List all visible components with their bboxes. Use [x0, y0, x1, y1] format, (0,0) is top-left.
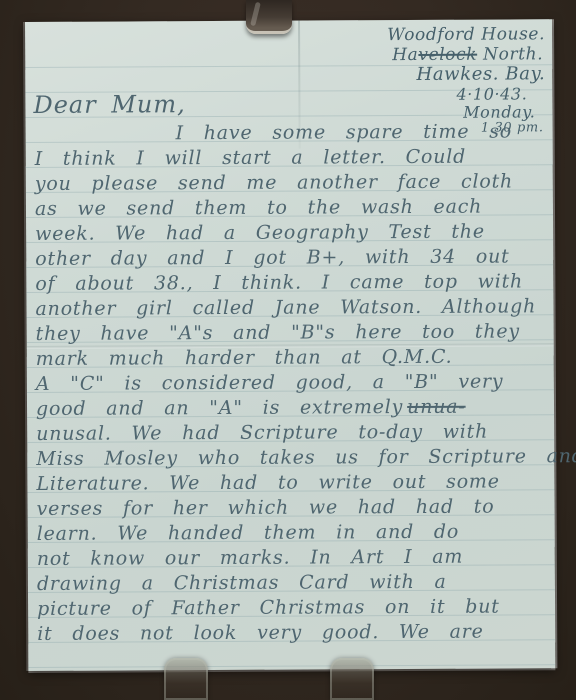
letter-line: of about 38., I think. I came top with — [35, 269, 547, 297]
letter-line: they have "A"s and "B"s here too they — [36, 319, 548, 347]
letter-line: mark much harder than at Q.M.C. — [36, 344, 548, 372]
letter-line: another girl called Jane Watson. Althoug… — [35, 294, 547, 322]
letter-line: verses for her which we had had to — [36, 494, 548, 522]
heading-line-region: Hawkes. Bay. — [285, 64, 545, 85]
mounting-clip-top — [246, 0, 292, 34]
letter-line: week. We had a Geography Test the — [35, 219, 547, 247]
letter-line: A "C" is considered good, a "B" very — [36, 369, 548, 397]
heading-line-house: Woodford House. — [285, 24, 545, 45]
letter-body: I have some spare time so I think I will… — [35, 119, 550, 647]
letter-line: good and an "A" is extremelyunua- — [36, 394, 548, 422]
letter-line: unusal. We had Scripture to-day with — [36, 419, 548, 447]
letter-line: Literature. We had to write out some — [36, 469, 548, 497]
mounting-clip-bottom-left — [164, 658, 208, 700]
letter-line: Miss Mosley who takes us for Scripture a… — [36, 444, 548, 472]
letter-line: as we send them to the wash each — [35, 194, 547, 222]
salutation: Dear Mum, — [33, 89, 185, 120]
heading-line-town: Havelock North. — [285, 44, 545, 65]
letter-line: I have some spare time so — [35, 119, 547, 147]
letter-line: learn. We handed them in and do — [37, 519, 549, 547]
letter-line: not know our marks. In Art I am — [37, 544, 549, 572]
crossed-out-word: unua- — [407, 396, 466, 418]
letter-line: I think I will start a letter. Could — [35, 144, 547, 172]
mounting-clip-bottom-right — [330, 658, 374, 700]
letter-line: picture of Father Christmas on it but — [37, 594, 549, 622]
photo-background: Woodford House. Havelock North. Hawkes. … — [0, 0, 576, 700]
letter-line: other day and I got B+, with 34 out — [35, 244, 547, 272]
letter-line: drawing a Christmas Card with a — [37, 569, 549, 597]
letter-line: it does not look very good. We are — [37, 619, 549, 647]
letter-line: you please send me another face cloth — [35, 169, 547, 197]
crossed-out-text: velock — [418, 45, 477, 65]
letter-page: Woodford House. Havelock North. Hawkes. … — [25, 19, 555, 671]
